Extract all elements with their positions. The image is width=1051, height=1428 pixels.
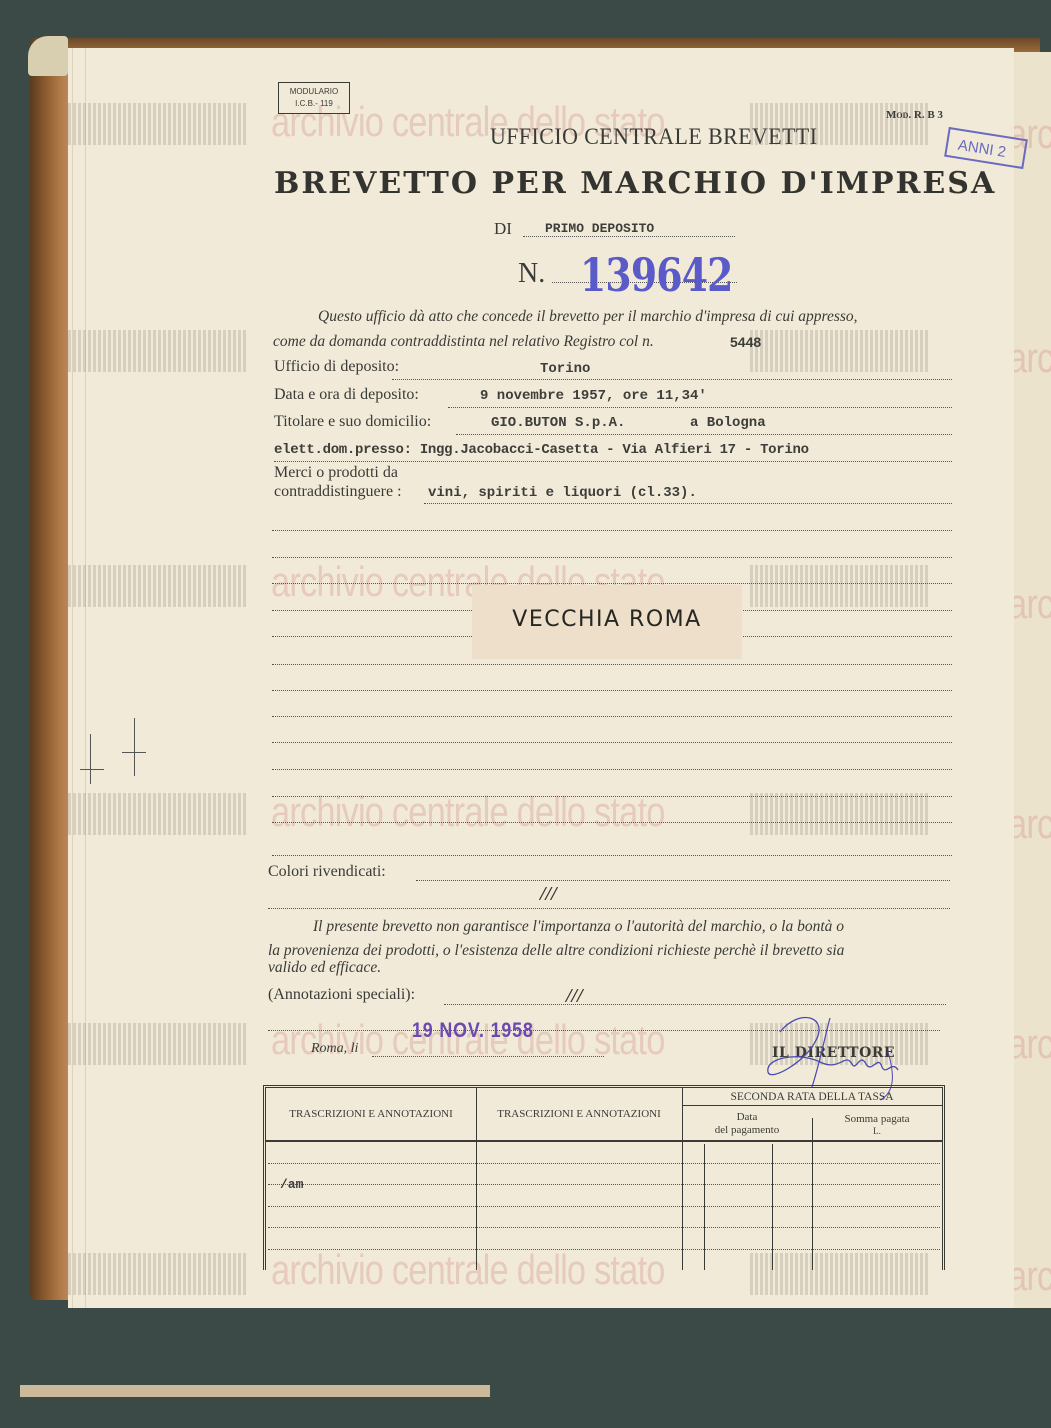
disclaimer-line2: la provenienza dei prodotti, o l'esisten… bbox=[268, 942, 844, 960]
number-label: N. bbox=[518, 258, 545, 290]
ufficio-label: Ufficio di deposito: bbox=[274, 358, 399, 376]
dotted-line bbox=[272, 664, 952, 665]
deposit-type-label: DI bbox=[494, 219, 512, 239]
dotted-line bbox=[444, 1004, 946, 1005]
colori-label: Colori rivendicati: bbox=[268, 863, 386, 881]
watermark-text: archivio centrale dello stato bbox=[1008, 580, 1051, 628]
binding-bottom bbox=[20, 1385, 490, 1397]
dotted-line bbox=[272, 742, 952, 743]
mod-code: Mod. R. B 3 bbox=[886, 109, 943, 121]
trademark-name: VECCHIA ROMA bbox=[472, 607, 742, 632]
table-row-line bbox=[268, 1249, 940, 1250]
table-header-data-line2: del pagamento bbox=[682, 1124, 812, 1136]
watermark-logo bbox=[68, 1253, 248, 1295]
registro-number: 5448 bbox=[730, 334, 761, 350]
table-header-somma-line1: Somma pagata bbox=[812, 1113, 942, 1125]
merci-label-2: contraddistinguere : bbox=[274, 483, 402, 501]
modulario-box: MODULARIO I.C.B.- 119 bbox=[278, 82, 350, 114]
dotted-line bbox=[372, 1056, 604, 1057]
watermark-logo bbox=[750, 793, 930, 835]
place-label: Roma, li bbox=[311, 1041, 358, 1057]
watermark-text: archivio centrale dello stato bbox=[1008, 334, 1051, 382]
table-row-line bbox=[268, 1163, 940, 1164]
modulario-line1: MODULARIO bbox=[279, 86, 349, 98]
deposit-type-value: PRIMO DEPOSITO bbox=[545, 221, 654, 236]
dotted-line bbox=[272, 530, 952, 531]
dotted-line bbox=[272, 557, 952, 558]
table-header-somma-line2: L. bbox=[812, 1126, 942, 1136]
intro-line1: Questo ufficio dà atto che concede il br… bbox=[318, 308, 858, 326]
watermark-logo bbox=[750, 565, 930, 607]
dotted-line bbox=[272, 690, 952, 691]
patent-number: 139642 bbox=[580, 248, 733, 302]
table-header-data-line1: Data bbox=[682, 1111, 812, 1123]
dotted-line bbox=[392, 379, 952, 380]
dotted-line bbox=[272, 583, 952, 584]
intro-line2: come da domanda contraddistinta nel rela… bbox=[273, 333, 654, 351]
merci-value: vini, spiriti e liquori (cl.33). bbox=[428, 485, 697, 501]
dotted-line bbox=[272, 855, 952, 856]
dotted-line bbox=[448, 407, 952, 408]
table-header-col3: SECONDA RATA DELLA TASSA bbox=[682, 1091, 942, 1103]
watermark-logo bbox=[68, 1023, 248, 1065]
dotted-line bbox=[272, 796, 952, 797]
dotted-line bbox=[416, 880, 950, 881]
titolare-label: Titolare e suo domicilio: bbox=[274, 413, 431, 431]
ufficio-value: Torino bbox=[540, 361, 590, 377]
colori-value: /// bbox=[540, 883, 557, 906]
dotted-line bbox=[456, 434, 952, 435]
dotted-line bbox=[272, 769, 952, 770]
modulario-line2: I.C.B.- 119 bbox=[279, 98, 349, 110]
office-heading: UFFICIO CENTRALE BREVETTI bbox=[26, 124, 1024, 150]
watermark-logo bbox=[68, 565, 248, 607]
document-title: BREVETTO PER MARCHIO D'IMPRESA bbox=[274, 166, 996, 201]
dotted-line bbox=[272, 716, 952, 717]
watermark-logo bbox=[68, 330, 248, 372]
watermark-logo bbox=[68, 793, 248, 835]
dotted-line bbox=[274, 461, 952, 462]
table-row-line bbox=[268, 1184, 940, 1185]
table-row-note: /am bbox=[280, 1177, 303, 1192]
table-row-line bbox=[268, 1227, 940, 1228]
data-value: 9 novembre 1957, ore 11,34' bbox=[480, 388, 707, 404]
watermark-logo bbox=[750, 330, 930, 372]
disclaimer-line3: valido ed efficace. bbox=[268, 959, 381, 977]
watermark-text: archivio centrale dello stato bbox=[1008, 800, 1051, 848]
dotted-line bbox=[268, 908, 950, 909]
table-row-line bbox=[268, 1206, 940, 1207]
next-page-edge: archivio centrale dello stato archivio c… bbox=[1012, 52, 1051, 1308]
date-stamp: 19 NOV. 1958 bbox=[412, 1019, 534, 1043]
table-header-col1: TRASCRIZIONI E ANNOTAZIONI bbox=[266, 1108, 476, 1120]
dotted-line bbox=[272, 822, 952, 823]
page-fold bbox=[72, 48, 86, 1308]
annotazioni-label: (Annotazioni speciali): bbox=[268, 986, 415, 1004]
dotted-line bbox=[424, 503, 952, 504]
transcriptions-table: TRASCRIZIONI E ANNOTAZIONI TRASCRIZIONI … bbox=[263, 1085, 945, 1270]
merci-label-1: Merci o prodotti da bbox=[274, 464, 398, 482]
watermark-text: archivio centrale dello stato bbox=[1008, 1252, 1051, 1300]
titolare-city: a Bologna bbox=[690, 415, 766, 431]
disclaimer-line1: Il presente brevetto non garantisce l'im… bbox=[313, 918, 844, 936]
titolare-value: GIO.BUTON S.p.A. bbox=[491, 415, 625, 431]
watermark-text: archivio centrale dello stato bbox=[1008, 1020, 1051, 1068]
annotazioni-value: /// bbox=[566, 985, 583, 1008]
data-label: Data e ora di deposito: bbox=[274, 386, 419, 404]
dotted-line bbox=[523, 236, 735, 237]
table-header-col2: TRASCRIZIONI E ANNOTAZIONI bbox=[476, 1108, 682, 1120]
binding-corner bbox=[28, 36, 68, 76]
elett-domicilio: elett.dom.presso: Ingg.Jacobacci-Casetta… bbox=[274, 442, 809, 458]
